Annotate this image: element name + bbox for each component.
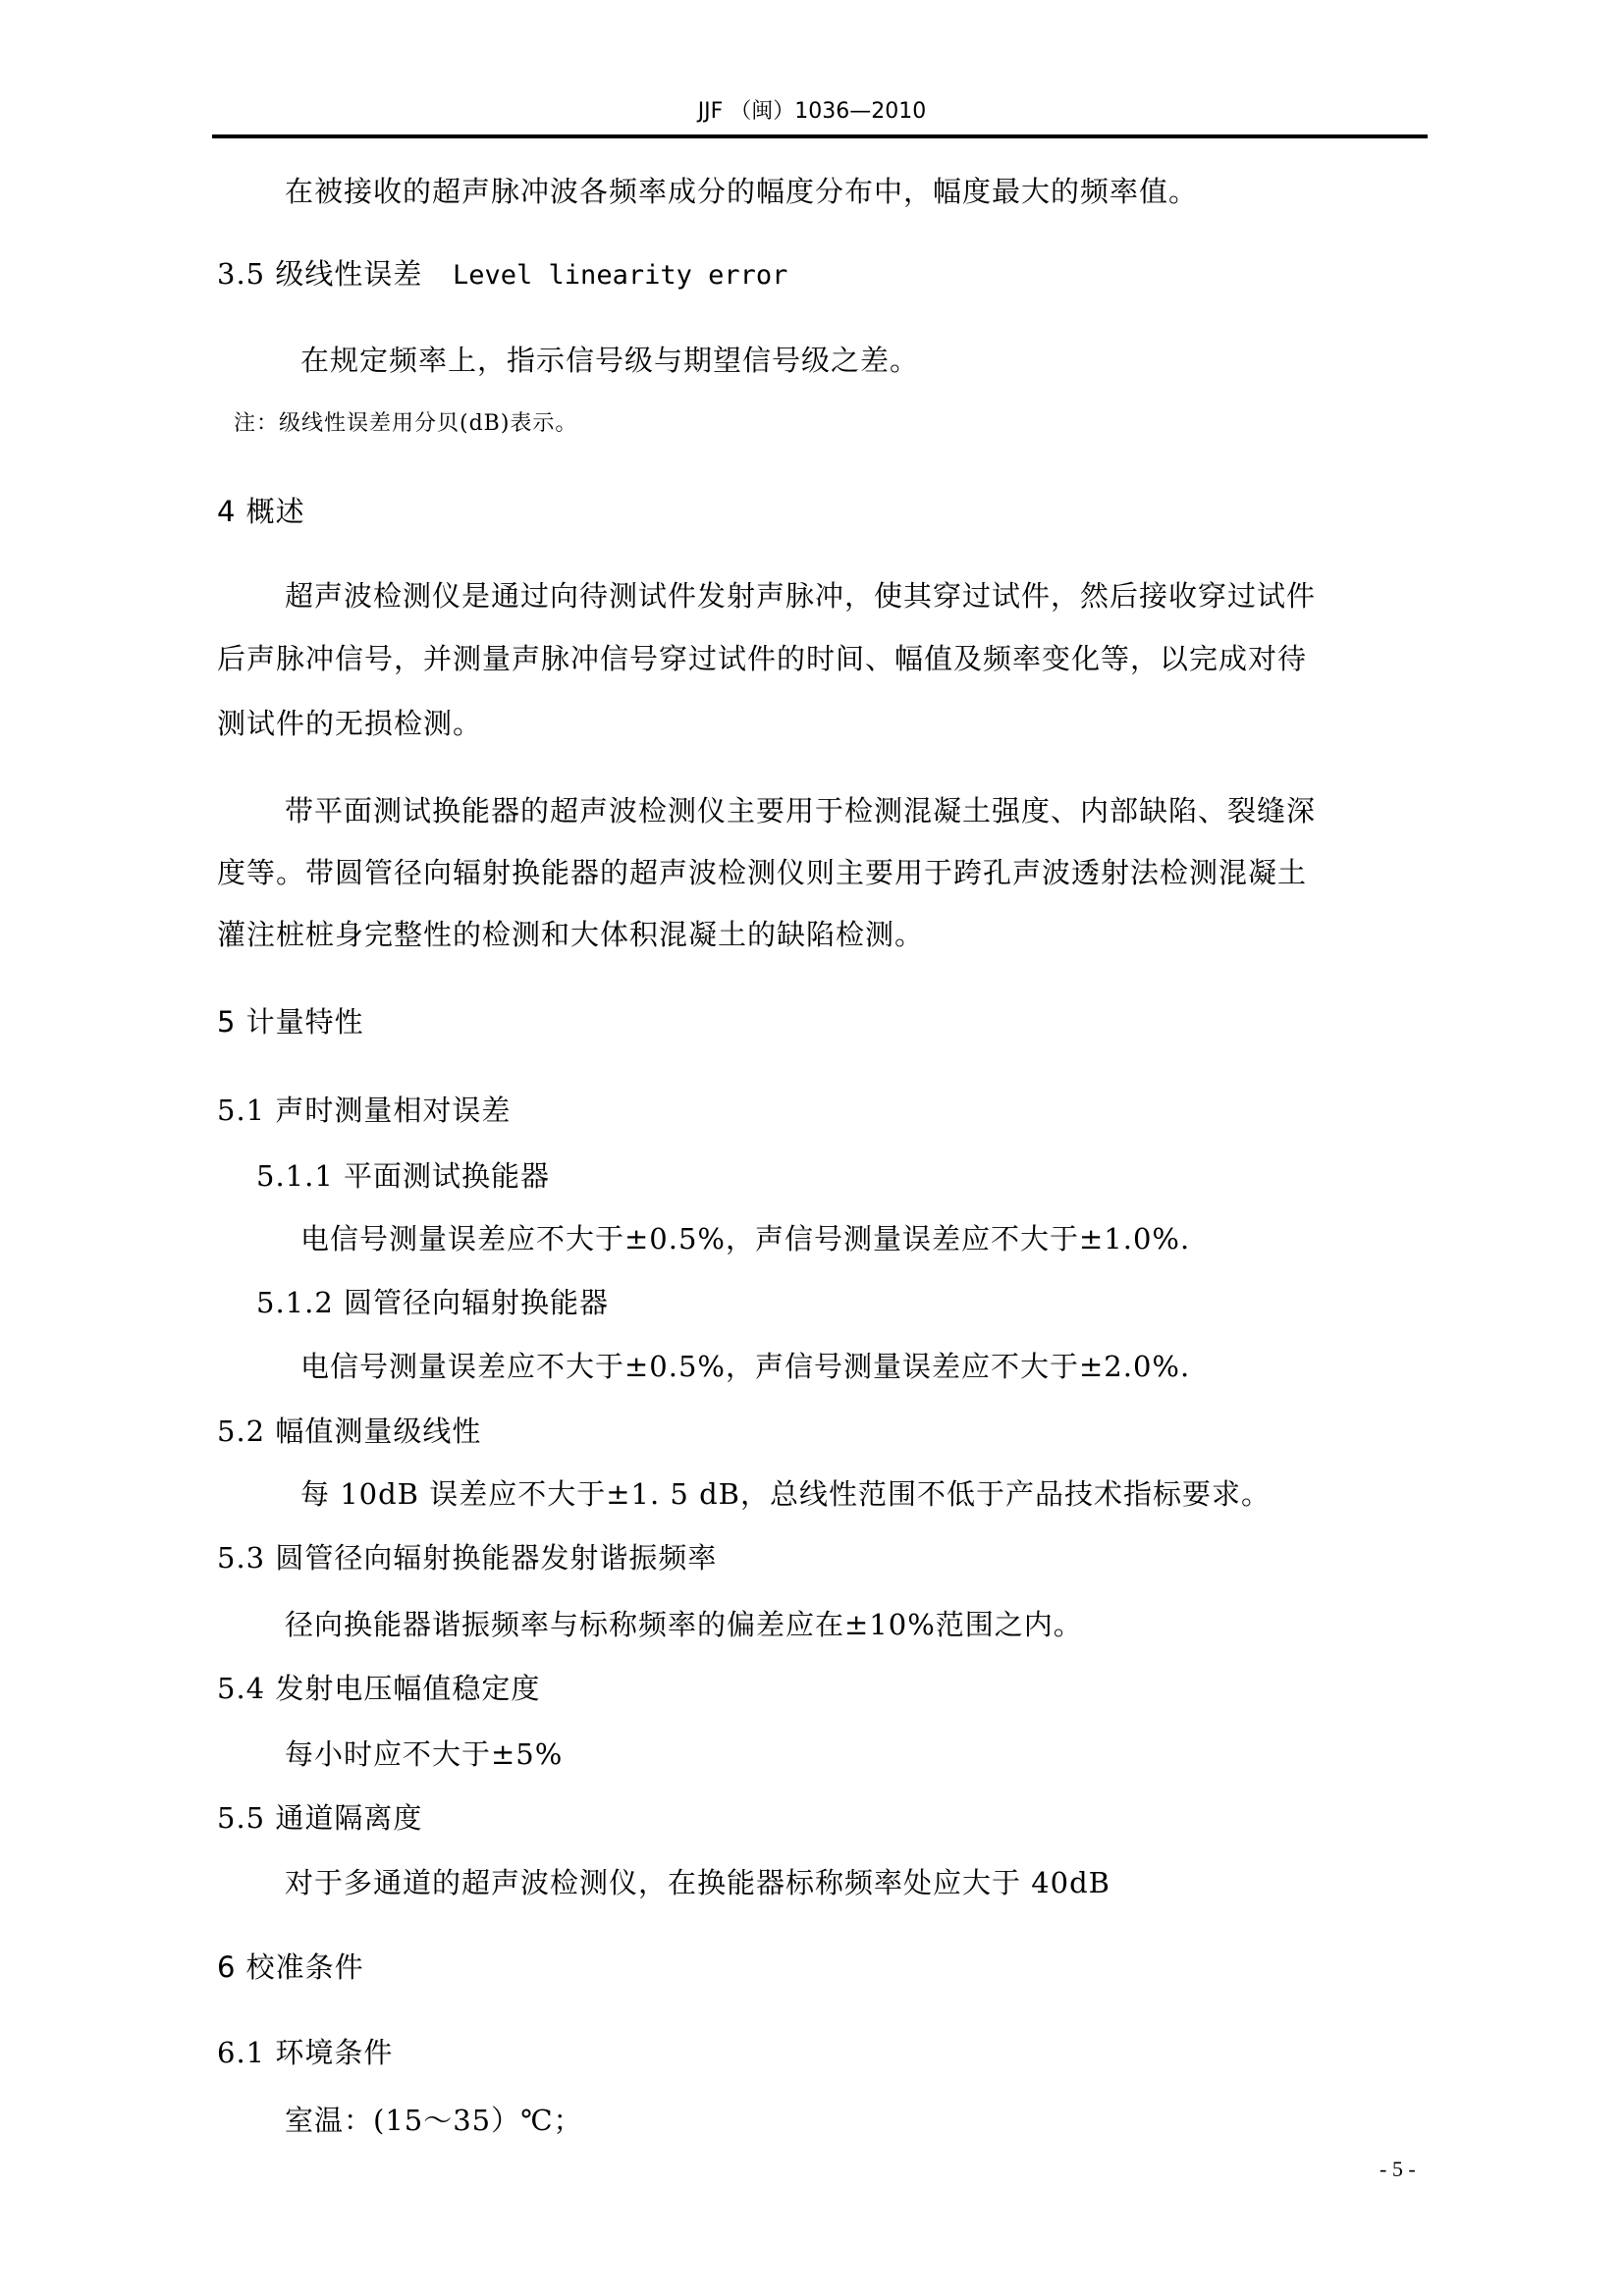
section-4-para1-line2: 后声脉冲信号，并测量声脉冲信号穿过试件的时间、幅值及频率变化等，以完成对待 bbox=[217, 642, 1307, 675]
section-3-5-note: 注：级线性误差用分贝(dB)表示。 bbox=[234, 410, 577, 438]
section-5-1-2-text: 电信号测量误差应不大于±0.5%，声信号测量误差应不大于±2.0%. bbox=[300, 1350, 1190, 1383]
section-title-en: Level linearity error bbox=[453, 260, 787, 291]
section-number: 3.5 bbox=[217, 257, 265, 291]
section-5-3-text: 径向换能器谐振频率与标称频率的偏差应在±10%范围之内。 bbox=[285, 1608, 1083, 1641]
section-3-5-heading: 3.5 级线性误差 Level linearity error bbox=[217, 257, 787, 293]
section-5-1-heading: 5.1 声时测量相对误差 bbox=[217, 1094, 511, 1127]
section-6-heading: 6 校准条件 bbox=[217, 1950, 364, 1984]
header-rule bbox=[212, 134, 1428, 138]
running-header: JJF （闽）1036—2010 bbox=[0, 98, 1624, 126]
section-5-1-1-text: 电信号测量误差应不大于±0.5%，声信号测量误差应不大于±1.0%. bbox=[300, 1222, 1190, 1255]
freq-definition-text: 在被接收的超声脉冲波各频率成分的幅度分布中，幅度最大的频率值。 bbox=[285, 175, 1198, 208]
section-title-cn: 级线性误差 bbox=[275, 257, 422, 291]
section-5-1-2-heading: 5.1.2 圆管径向辐射换能器 bbox=[256, 1286, 609, 1319]
section-6-1-heading: 6.1 环境条件 bbox=[217, 2036, 393, 2069]
section-5-4-text: 每小时应不大于±5% bbox=[285, 1737, 563, 1771]
section-5-3-heading: 5.3 圆管径向辐射换能器发射谐振频率 bbox=[217, 1541, 717, 1575]
section-3-5-definition: 在规定频率上，指示信号级与期望信号级之差。 bbox=[300, 344, 919, 377]
section-4-heading: 4 概述 bbox=[217, 495, 305, 528]
section-5-1-1-heading: 5.1.1 平面测试换能器 bbox=[256, 1159, 550, 1193]
section-5-2-heading: 5.2 幅值测量级线性 bbox=[217, 1415, 481, 1448]
section-4-para1-line1: 超声波检测仪是通过向待测试件发射声脉冲，使其穿过试件，然后接收穿过试件 bbox=[285, 579, 1316, 613]
section-4-para2-line3: 灌注桩桩身完整性的检测和大体积混凝土的缺陷检测。 bbox=[217, 918, 924, 951]
section-4-para2-line1: 带平面测试换能器的超声波检测仪主要用于检测混凝土强度、内部缺陷、裂缝深 bbox=[285, 794, 1316, 828]
section-6-1-text: 室温：(15～35）℃； bbox=[285, 2104, 583, 2137]
section-4-para2-line2: 度等。带圆管径向辐射换能器的超声波检测仪则主要用于跨孔声波透射法检测混凝土 bbox=[217, 856, 1307, 889]
section-4-para1-line3: 测试件的无损检测。 bbox=[217, 707, 482, 740]
section-5-5-heading: 5.5 通道隔离度 bbox=[217, 1801, 422, 1835]
section-5-2-text: 每 10dB 误差应不大于±1. 5 dB，总线性范围不低于产品技术指标要求。 bbox=[300, 1477, 1271, 1511]
section-5-5-text: 对于多通道的超声波检测仪，在换能器标称频率处应大于 40dB bbox=[285, 1866, 1110, 1899]
page-number: - 5 - bbox=[1380, 2156, 1416, 2183]
section-5-heading: 5 计量特性 bbox=[217, 1005, 364, 1039]
section-5-4-heading: 5.4 发射电压幅值稳定度 bbox=[217, 1672, 540, 1705]
